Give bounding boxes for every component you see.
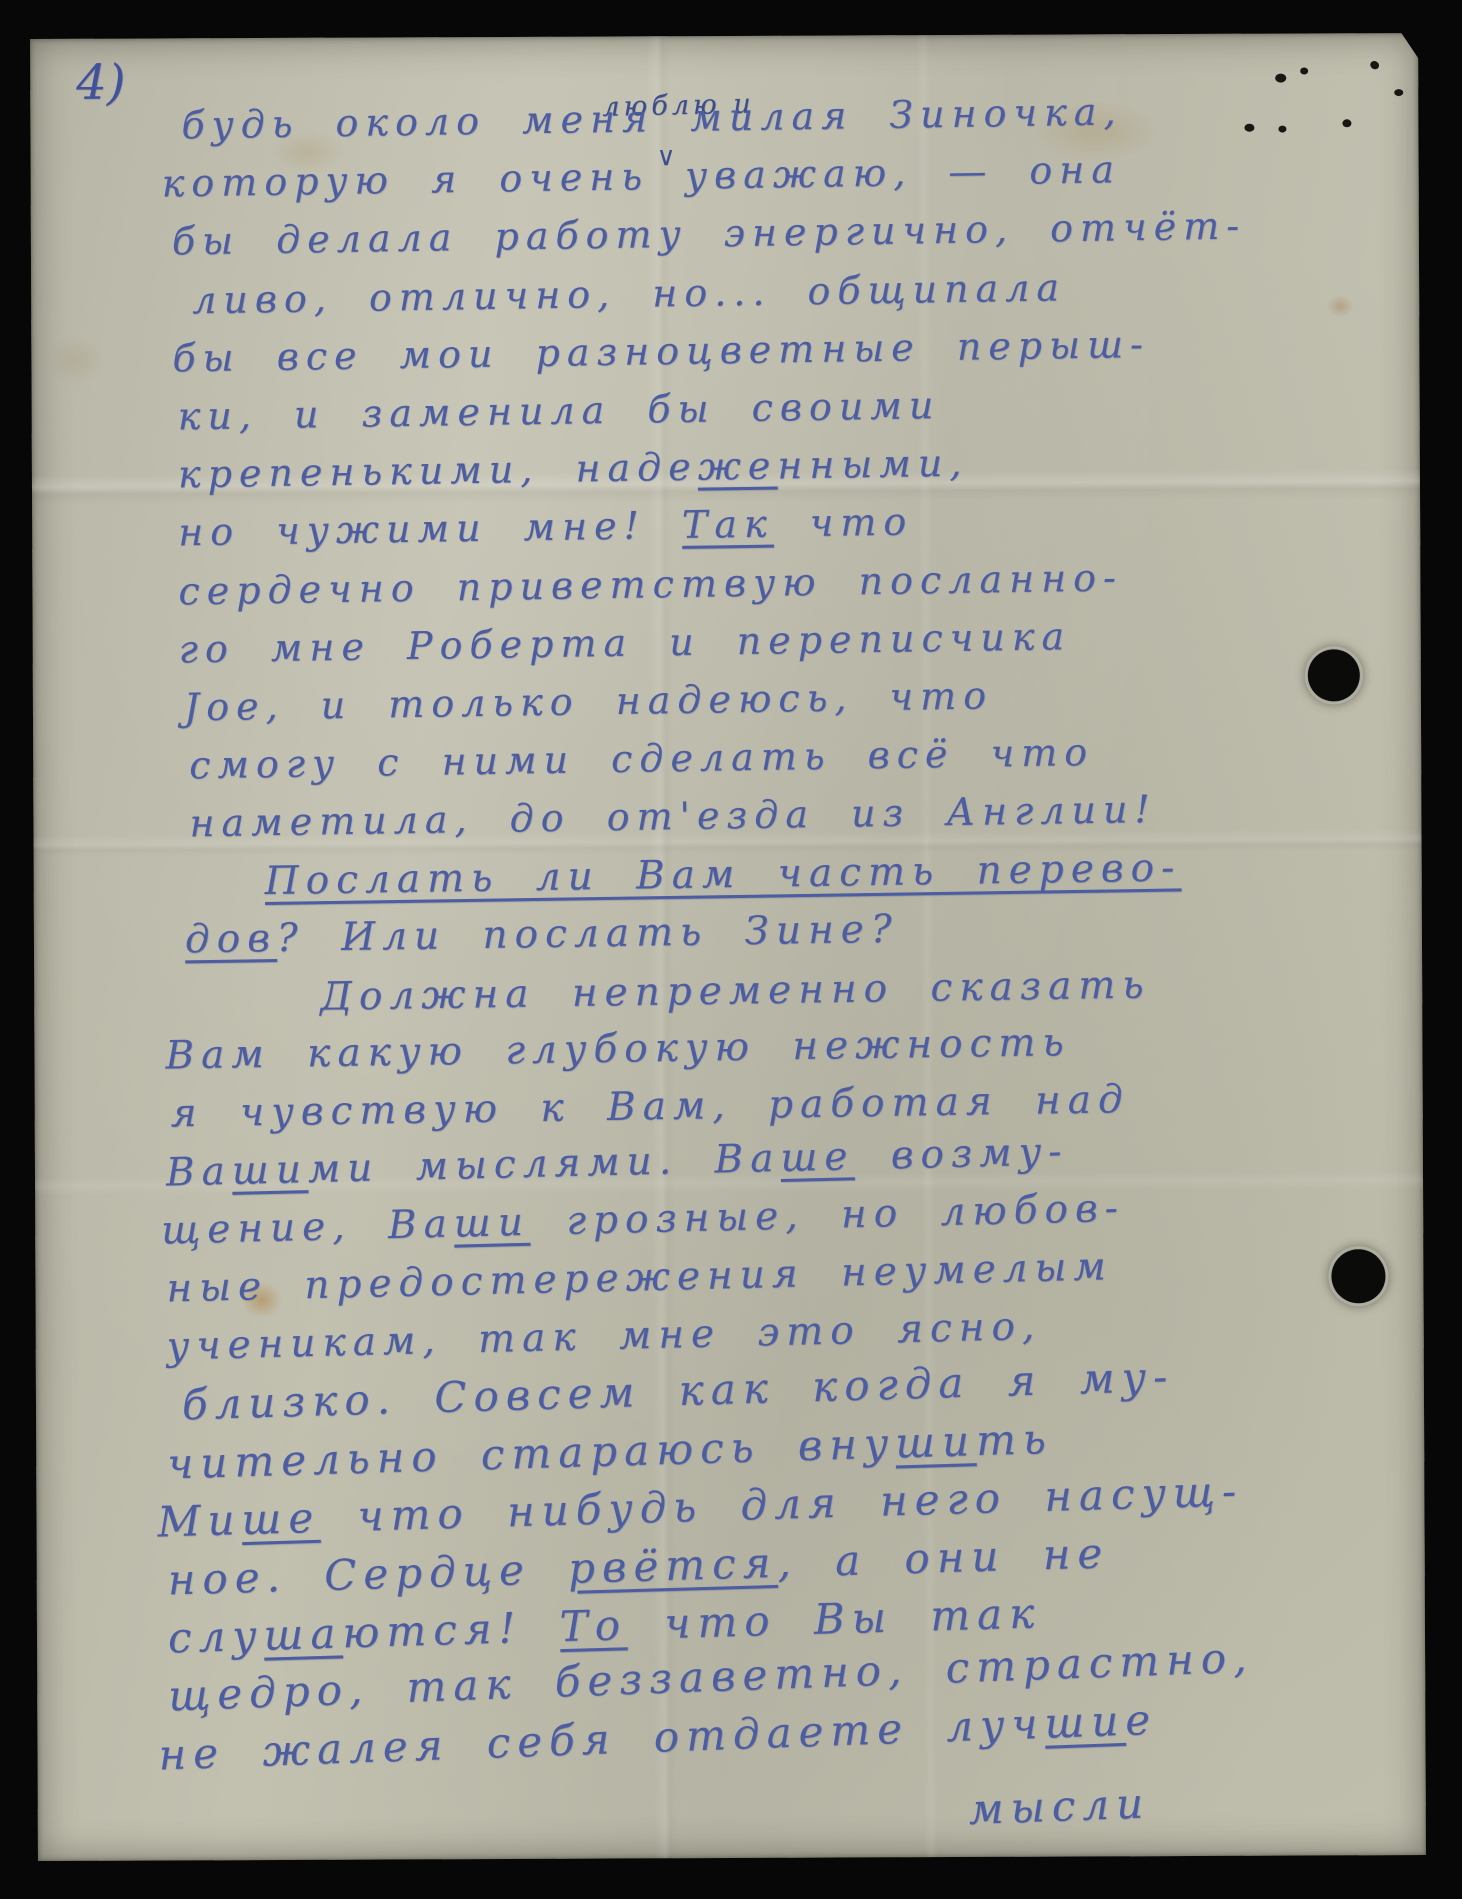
text-segment: ливо, отлично, но... общипала [192,265,1066,322]
text-segment: Должна непременно сказать [320,962,1151,1019]
handwriting-line: ные предостережения неумелым [166,1244,1113,1312]
scan-background: 4) люблю и ∨ будь около меня милая Зиноч… [0,0,1462,1899]
text-segment: наметила, до от'езда из Англии! [189,787,1157,845]
text-segment: будь около меня милая Зиночка, [181,89,1123,147]
underlined-word: же [697,444,777,489]
handwriting-line: го мне Роберта и переписчика [178,613,1071,672]
text-segment: крепенькими, наде [178,445,698,497]
text-segment: что [773,500,913,546]
text-segment: ми мыслями. Ва [307,1136,781,1192]
handwriting-line: наметила, до от'езда из Англии! [189,786,1157,846]
text-segment: ются! [342,1602,561,1657]
handwriting-line: Вашими мыслями. Ваше возму- [165,1129,1068,1196]
text-segment: сердечно приветствую посланно- [178,555,1123,613]
underlined-word: ше [241,1493,321,1544]
text-segment: чительно стараюсь вну [167,1418,896,1488]
text-segment: е [1124,1694,1158,1744]
handwriting-line: но чужими мне! Так что [178,499,914,556]
text-segment: ные предостережения неумелым [166,1244,1113,1311]
underlined-word: ше [780,1134,855,1181]
underlined-word: ши [1044,1695,1127,1747]
handwriting-line: мысли [968,1780,1151,1832]
text-segment: щение, Ва [161,1201,455,1253]
handwriting-line: бы все мои разноцветные перыш- [172,321,1150,381]
handwriting-line: дов? Или послать Зине? [185,907,899,964]
text-segment: грозные, но любов- [529,1186,1125,1245]
handwriting-line: ливо, отлично, но... общипала [192,264,1066,323]
text-segment: ки, и заменила бы своими [177,383,940,438]
text-segment: но чужими мне! [178,503,682,554]
handwriting-line: крепенькими, надеженными, [178,440,969,498]
handwriting-line: я чувствую к Вам, работая над [170,1078,1130,1138]
handwriting-line: щение, Ваши грозные, но любов- [161,1186,1126,1255]
underlined-word: ши [231,1147,308,1194]
text-segment: бы делала работу энергично, отчёт- [172,204,1247,264]
text-segment: бы все мои разноцветные перыш- [172,322,1150,380]
handwriting-line: Послать ли Вам часть перево- [264,845,1181,905]
text-segment: Ва [165,1149,232,1196]
text-segment: нными, [777,441,969,488]
underlined-word: Послать ли Вам часть перево- [264,845,1181,904]
underlined-word: ши [453,1200,530,1247]
text-segment: я чувствую к Вам, работая над [170,1078,1130,1137]
underlined-word: То [559,1600,628,1651]
text-segment: которую я очень уважаю, — она [161,147,1121,205]
underlined-word: дов [185,916,278,962]
handwriting-line: Вам какую глубокую нежность [165,1020,1071,1079]
underlined-word: Так [682,502,774,547]
handwriting-line: Joe, и только надеюсь, что [184,672,994,730]
handwriting-line: бы делала работу энергично, отчёт- [172,203,1247,265]
punch-hole-top [1308,649,1360,701]
handwriting-line: сердечно приветствую посланно- [178,554,1123,614]
text-segment: что Вы так [626,1588,1042,1649]
handwriting-line: будь около меня милая Зиночка, [181,88,1123,148]
text-segment: ное. Сердце [167,1544,569,1605]
text-segment: , а они не [777,1528,1110,1587]
letter-page: 4) люблю и ∨ будь около меня милая Зиноч… [30,33,1426,1861]
punch-hole-bottom [1331,1249,1385,1303]
text-segment: ? Или послать Зине? [277,907,900,961]
handwriting-line: которую я очень уважаю, — она [161,146,1121,206]
letter-body: будь около меня милая Зиночка,которую я … [30,33,1426,1861]
underlined-word: ши [895,1416,977,1467]
text-segment: ть [975,1414,1053,1465]
text-segment: Ми [157,1495,242,1546]
handwriting-line: Должна непременно сказать [320,962,1151,1020]
underlined-word: ша [263,1609,343,1660]
text-segment: возму- [854,1129,1069,1179]
text-segment: смогу с ними сделать всё что [189,730,1095,787]
text-segment: слу [167,1611,264,1663]
underlined-word: рвётся [567,1538,778,1593]
handwriting-line: смогу с ними сделать всё что [189,729,1095,788]
handwriting-line: ки, и заменила бы своими [177,382,940,439]
text-segment: мысли [968,1778,1151,1833]
text-segment: Joe, и только надеюсь, что [184,673,994,729]
text-segment: Вам какую глубокую нежность [165,1020,1071,1078]
text-segment: го мне Роберта и переписчика [178,614,1071,671]
